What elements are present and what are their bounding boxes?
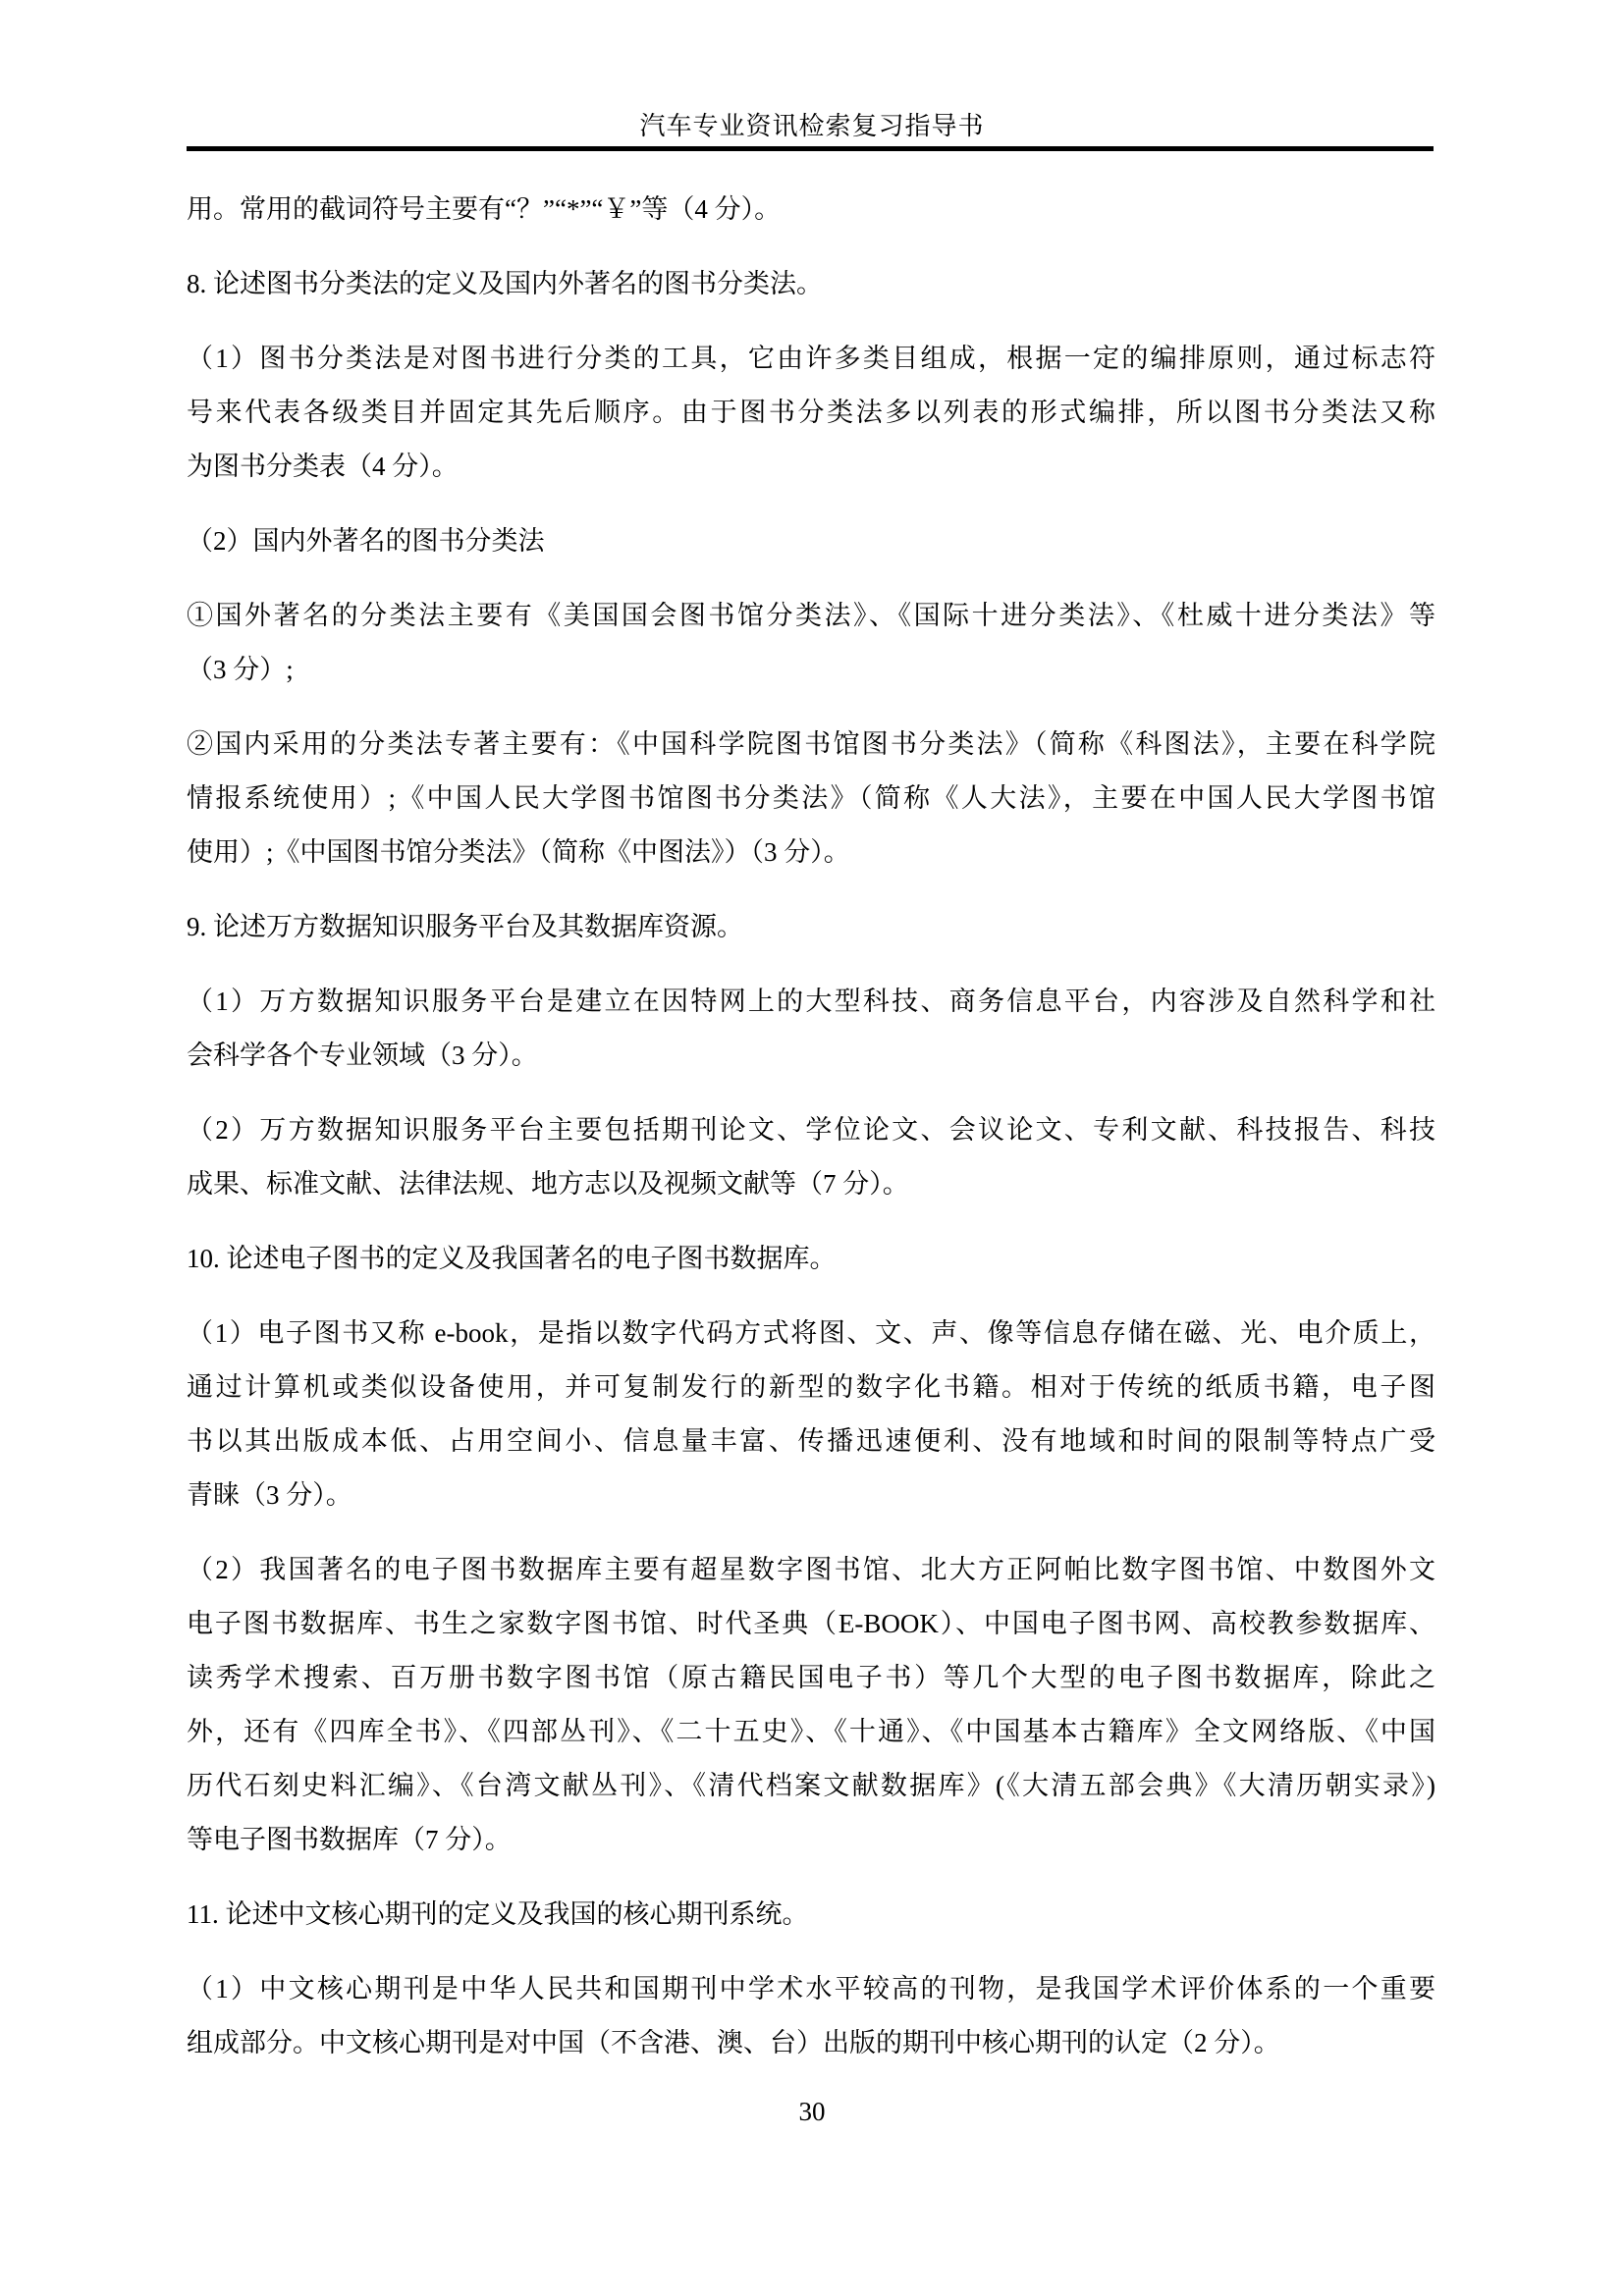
text-line: ①国外著名的分类法主要有《美国国会图书馆分类法》、《国际十进分类法》、《杜威十进… [187, 589, 1435, 643]
paragraph: （1）图书分类法是对图书进行分类的工具，它由许多类目组成，根据一定的编排原则，通… [187, 332, 1435, 494]
text-line: 用。常用的截词符号主要有“？”“*”“￥”等（4 分）。 [187, 183, 1435, 237]
text-line: 成果、标准文献、法律法规、地方志以及视频文献等（7 分）。 [187, 1157, 1435, 1211]
text-line: （1）电子图书又称 e-book，是指以数字代码方式将图、文、声、像等信息存储在… [187, 1307, 1435, 1361]
paragraph: 用。常用的截词符号主要有“？”“*”“￥”等（4 分）。 [187, 183, 1435, 237]
text-line: （3 分）; [187, 643, 1435, 697]
text-line: 青睐（3 分）。 [187, 1468, 1435, 1522]
text-line: ②国内采用的分类法专著主要有：《中国科学院图书馆图书分类法》（简称《科图法》，主… [187, 718, 1435, 772]
text-line: 9. 论述万方数据知识服务平台及其数据库资源。 [187, 900, 1435, 954]
text-line: 号来代表各级类目并固定其先后顺序。由于图书分类法多以列表的形式编排，所以图书分类… [187, 386, 1435, 440]
text-line: 历代石刻史料汇编》、《台湾文献丛刊》、《清代档案文献数据库》(《大清五部会典》《… [187, 1759, 1435, 1813]
page-header-title: 汽车专业资讯检索复习指导书 [0, 110, 1624, 143]
paragraph: （2）国内外著名的图书分类法 [187, 514, 1435, 568]
document-page: 汽车专业资讯检索复习指导书 用。常用的截词符号主要有“？”“*”“￥”等（4 分… [0, 0, 1624, 2296]
text-line: 书以其出版成本低、占用空间小、信息量丰富、传播迅速便利、没有地域和时间的限制等特… [187, 1415, 1435, 1468]
text-line: 外，还有《四库全书》、《四部丛刊》、《二十五史》、《十通》、《中国基本古籍库》全… [187, 1705, 1435, 1759]
text-line: 8. 论述图书分类法的定义及国内外著名的图书分类法。 [187, 257, 1435, 311]
text-line: （1）中文核心期刊是中华人民共和国期刊中学术水平较高的刊物，是我国学术评价体系的… [187, 1962, 1435, 2016]
text-line: 情报系统使用）;《中国人民大学图书馆图书分类法》（简称《人大法》，主要在中国人民… [187, 772, 1435, 826]
text-line: 通过计算机或类似设备使用，并可复制发行的新型的数字化书籍。相对于传统的纸质书籍，… [187, 1361, 1435, 1415]
paragraph: ②国内采用的分类法专著主要有：《中国科学院图书馆图书分类法》（简称《科图法》，主… [187, 718, 1435, 880]
paragraph: ①国外著名的分类法主要有《美国国会图书馆分类法》、《国际十进分类法》、《杜威十进… [187, 589, 1435, 697]
question-9-heading: 9. 论述万方数据知识服务平台及其数据库资源。 [187, 900, 1435, 954]
header-divider [187, 146, 1434, 151]
text-line: （1）万方数据知识服务平台是建立在因特网上的大型科技、商务信息平台，内容涉及自然… [187, 975, 1435, 1029]
text-line: 11. 论述中文核心期刊的定义及我国的核心期刊系统。 [187, 1888, 1435, 1942]
text-line: 为图书分类表（4 分）。 [187, 440, 1435, 494]
text-line: 使用）;《中国图书馆分类法》（简称《中图法》）（3 分）。 [187, 826, 1435, 880]
text-line: 等电子图书数据库（7 分）。 [187, 1813, 1435, 1867]
text-line: 电子图书数据库、书生之家数字图书馆、时代圣典（E-BOOK）、中国电子图书网、高… [187, 1597, 1435, 1651]
paragraph: （1）中文核心期刊是中华人民共和国期刊中学术水平较高的刊物，是我国学术评价体系的… [187, 1962, 1435, 2070]
paragraph: （2）我国著名的电子图书数据库主要有超星数字图书馆、北大方正阿帕比数字图书馆、中… [187, 1543, 1435, 1867]
paragraph: （1）万方数据知识服务平台是建立在因特网上的大型科技、商务信息平台，内容涉及自然… [187, 975, 1435, 1083]
text-line: （2）万方数据知识服务平台主要包括期刊论文、学位论文、会议论文、专利文献、科技报… [187, 1103, 1435, 1157]
paragraph: （2）万方数据知识服务平台主要包括期刊论文、学位论文、会议论文、专利文献、科技报… [187, 1103, 1435, 1211]
question-10-heading: 10. 论述电子图书的定义及我国著名的电子图书数据库。 [187, 1232, 1435, 1286]
text-line: （1）图书分类法是对图书进行分类的工具，它由许多类目组成，根据一定的编排原则，通… [187, 332, 1435, 386]
text-line: 会科学各个专业领域（3 分）。 [187, 1029, 1435, 1083]
document-body: 用。常用的截词符号主要有“？”“*”“￥”等（4 分）。 8. 论述图书分类法的… [187, 183, 1435, 2091]
question-8-heading: 8. 论述图书分类法的定义及国内外著名的图书分类法。 [187, 257, 1435, 311]
question-11-heading: 11. 论述中文核心期刊的定义及我国的核心期刊系统。 [187, 1888, 1435, 1942]
text-line: （2）我国著名的电子图书数据库主要有超星数字图书馆、北大方正阿帕比数字图书馆、中… [187, 1543, 1435, 1597]
text-line: （2）国内外著名的图书分类法 [187, 514, 1435, 568]
paragraph: （1）电子图书又称 e-book，是指以数字代码方式将图、文、声、像等信息存储在… [187, 1307, 1435, 1522]
text-line: 10. 论述电子图书的定义及我国著名的电子图书数据库。 [187, 1232, 1435, 1286]
text-line: 读秀学术搜索、百万册书数字图书馆（原古籍民国电子书）等几个大型的电子图书数据库，… [187, 1651, 1435, 1705]
text-line: 组成部分。中文核心期刊是对中国（不含港、澳、台）出版的期刊中核心期刊的认定（2 … [187, 2016, 1435, 2070]
page-number: 30 [0, 2096, 1624, 2127]
